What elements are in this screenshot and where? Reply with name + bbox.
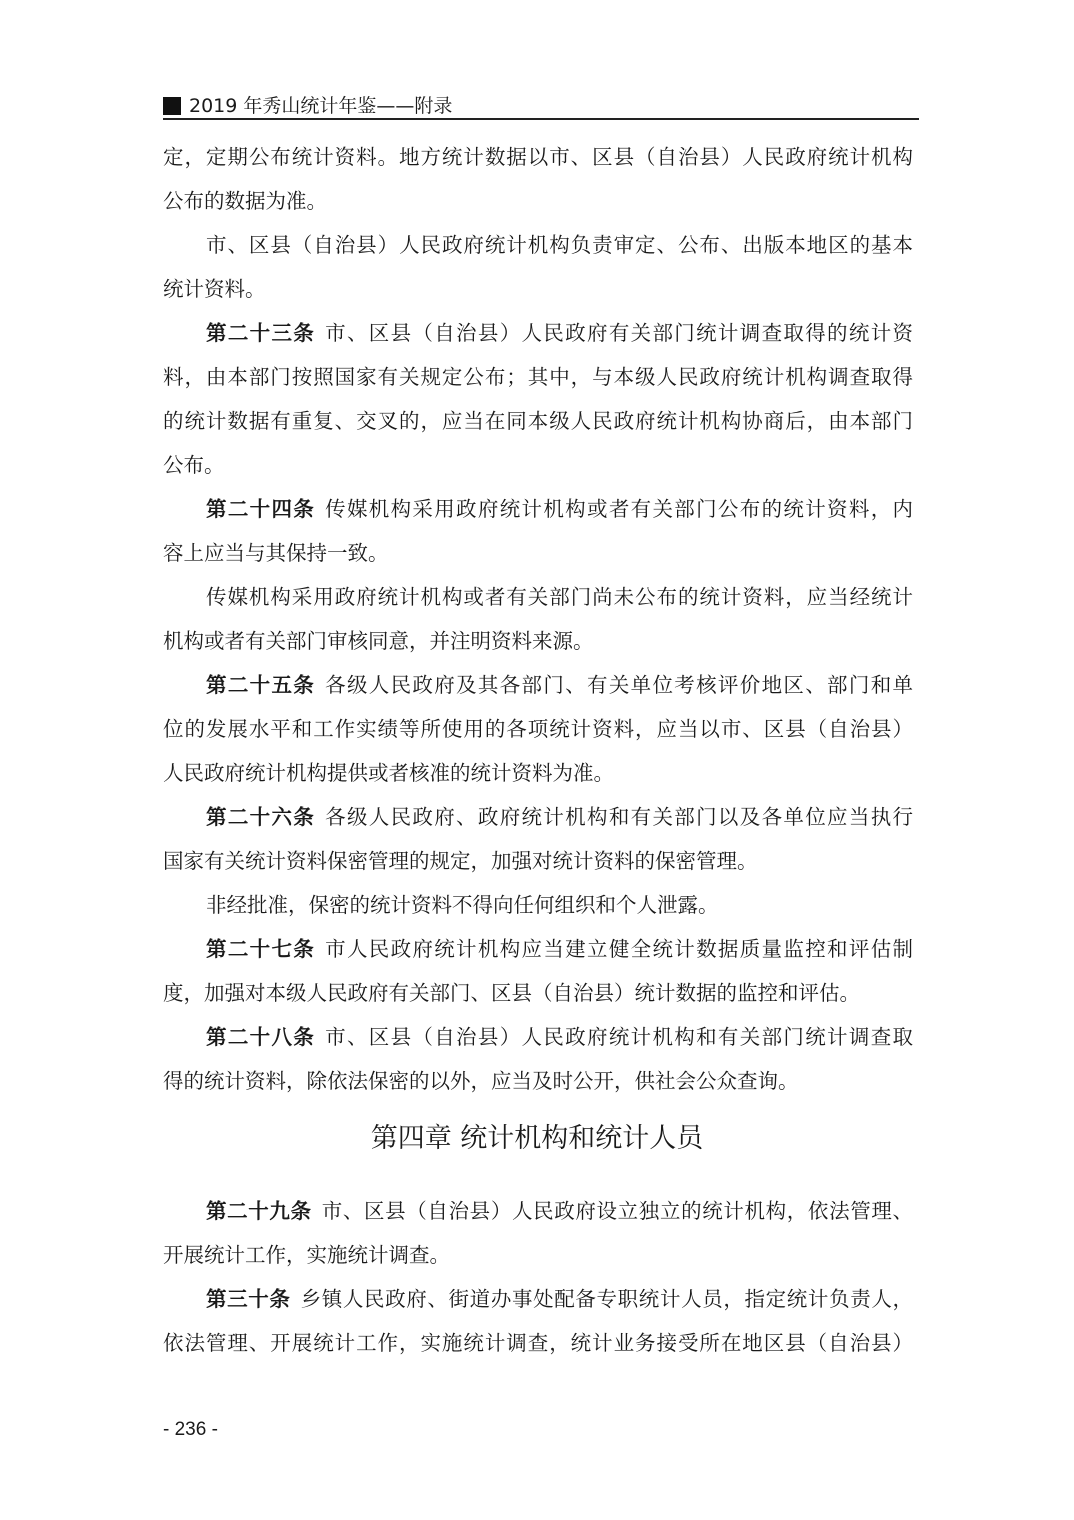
article-27: 第二十七条市人民政府统计机构应当建立健全统计数据质量监控和评估制: [206, 936, 913, 962]
article-number: 第二十九条: [206, 1199, 312, 1223]
running-header: 2019 年秀山统计年鉴——附录: [163, 94, 919, 120]
article-28: 第二十八条市、区县（自治县）人民政府统计机构和有关部门统计调查取: [206, 1024, 913, 1050]
article-number: 第二十七条: [206, 937, 315, 961]
article-25: 第二十五条各级人民政府及其各部门、有关单位考核评价地区、部门和单: [206, 672, 913, 698]
body-line: 容上应当与其保持一致。: [163, 540, 913, 566]
article-number: 第二十六条: [206, 805, 315, 829]
body-text: 传媒机构采用政府统计机构或者有关部门公布的统计资料，内: [325, 497, 913, 521]
article-30: 第三十条乡镇人民政府、街道办事处配备专职统计人员，指定统计负责人，: [206, 1286, 913, 1312]
body-text: 市、区县（自治县）人民政府统计机构和有关部门统计调查取: [325, 1025, 913, 1049]
body-line: 机构或者有关部门审核同意，并注明资料来源。: [163, 628, 913, 654]
article-number: 第二十四条: [206, 497, 315, 521]
body-line: 公布。: [163, 452, 913, 478]
article-29: 第二十九条市、区县（自治县）人民政府设立独立的统计机构，依法管理、: [206, 1198, 913, 1224]
article-26: 第二十六条各级人民政府、政府统计机构和有关部门以及各单位应当执行: [206, 804, 913, 830]
page-number: - 236 -: [163, 1419, 218, 1441]
body-line: 传媒机构采用政府统计机构或者有关部门尚未公布的统计资料，应当经统计: [206, 584, 913, 610]
body-line: 料，由本部门按照国家有关规定公布；其中，与本级人民政府统计机构调查取得: [163, 364, 913, 390]
article-number: 第二十八条: [206, 1025, 315, 1049]
body-line: 度，加强对本级人民政府有关部门、区县（自治县）统计数据的监控和评估。: [163, 980, 913, 1006]
article-23: 第二十三条市、区县（自治县）人民政府有关部门统计调查取得的统计资: [206, 320, 913, 346]
article-number: 第二十三条: [206, 321, 315, 345]
body-line: 公布的数据为准。: [163, 188, 913, 214]
body-line: 定，定期公布统计资料。地方统计数据以市、区县（自治县）人民政府统计机构: [163, 144, 913, 170]
body-line: 市、区县（自治县）人民政府统计机构负责审定、公布、出版本地区的基本: [206, 232, 913, 258]
body-line: 开展统计工作，实施统计调查。: [163, 1242, 913, 1268]
body-line: 统计资料。: [163, 276, 913, 302]
header-title: 2019 年秀山统计年鉴——附录: [189, 95, 452, 117]
body-text: 市、区县（自治县）人民政府设立独立的统计机构，依法管理、: [322, 1199, 913, 1223]
body-text: 市人民政府统计机构应当建立健全统计数据质量监控和评估制: [325, 937, 913, 961]
header-rule: [163, 118, 919, 120]
body-line: 的统计数据有重复、交叉的，应当在同本级人民政府统计机构协商后，由本部门: [163, 408, 913, 434]
body-text: 各级人民政府及其各部门、有关单位考核评价地区、部门和单: [325, 673, 913, 697]
article-number: 第二十五条: [206, 673, 315, 697]
body-line: 得的统计资料，除依法保密的以外，应当及时公开，供社会公众查询。: [163, 1068, 913, 1094]
article-24: 第二十四条传媒机构采用政府统计机构或者有关部门公布的统计资料，内: [206, 496, 913, 522]
body-text: 乡镇人民政府、街道办事处配备专职统计人员，指定统计负责人，: [301, 1287, 913, 1311]
body-text: 各级人民政府、政府统计机构和有关部门以及各单位应当执行: [325, 805, 913, 829]
body-line: 位的发展水平和工作实绩等所使用的各项统计资料，应当以市、区县（自治县）: [163, 716, 913, 742]
body-line: 人民政府统计机构提供或者核准的统计资料为准。: [163, 760, 913, 786]
body-line: 国家有关统计资料保密管理的规定，加强对统计资料的保密管理。: [163, 848, 913, 874]
header-square-icon: [163, 97, 181, 115]
article-number: 第三十条: [206, 1287, 291, 1311]
body-line: 非经批准，保密的统计资料不得向任何组织和个人泄露。: [206, 892, 956, 918]
body-text: 市、区县（自治县）人民政府有关部门统计调查取得的统计资: [325, 321, 913, 345]
body-line: 依法管理、开展统计工作，实施统计调查，统计业务接受所在地区县（自治县）: [163, 1330, 913, 1356]
chapter-title: 第四章 统计机构和统计人员: [0, 1122, 1074, 1156]
